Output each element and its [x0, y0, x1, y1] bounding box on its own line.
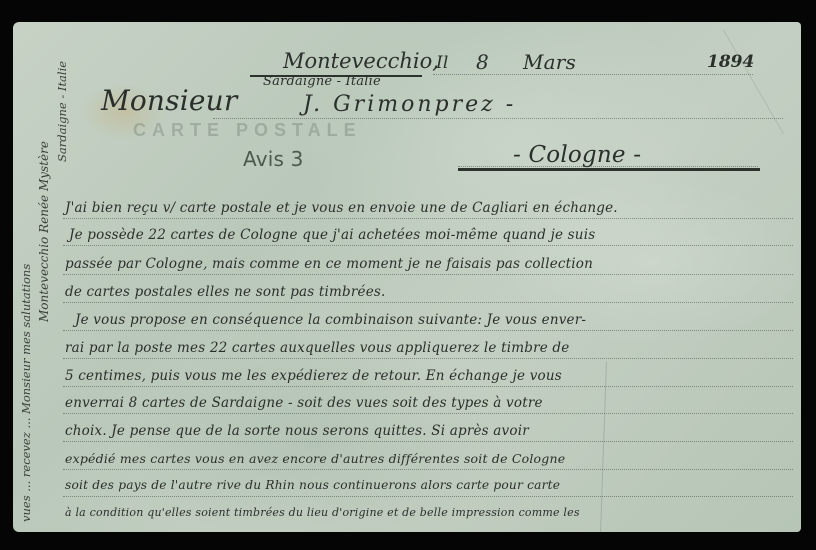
- body-text-line: Je vous propose en conséquence la combin…: [75, 312, 586, 328]
- address-line-2: [458, 166, 758, 167]
- body-line: [63, 386, 793, 387]
- body-line: [63, 302, 793, 303]
- date-month: Mars: [523, 50, 576, 74]
- body-line: [63, 218, 793, 219]
- body-line: [63, 496, 793, 497]
- address-line-1: [213, 118, 783, 119]
- region-text: Sardaigne - Italie: [263, 74, 381, 89]
- salutation: Monsieur: [101, 84, 237, 117]
- body-line: [63, 441, 793, 442]
- place-printed: Montevecchio,: [283, 49, 439, 73]
- recipient-name: J. Grimonprez -: [303, 92, 516, 117]
- address-rule: [458, 168, 760, 171]
- body-text-line: rai par la poste mes 22 cartes auxquelle…: [65, 340, 569, 356]
- faint-printed-watermark: CARTE POSTALE: [133, 120, 362, 141]
- body-line: [63, 274, 793, 275]
- date-day: 8: [476, 50, 489, 74]
- body-text-line: J'ai bien reçu v/ carte postale et je vo…: [65, 200, 618, 216]
- postcard: CARTE POSTALE Montevecchio, Il 8 Mars 18…: [13, 22, 801, 532]
- fold-crease: [600, 362, 607, 532]
- margin-text-column: vues ... recevez ... Monsieur mes saluta…: [19, 264, 33, 522]
- date-year: 1894: [707, 52, 754, 72]
- margin-text-column: Sardaigne - Italie: [55, 61, 69, 162]
- body-line: [63, 358, 793, 359]
- date-line: [433, 74, 753, 75]
- body-text-line: 5 centimes, puis vous me les expédierez …: [65, 368, 562, 384]
- body-text-line: choix. Je pense que de la sorte nous ser…: [65, 423, 529, 439]
- body-line: [63, 245, 793, 246]
- body-text-line: Je possède 22 cartes de Cologne que j'ai…: [69, 227, 595, 243]
- body-text-line: expédié mes cartes vous en avez encore d…: [65, 451, 565, 466]
- body-text-line: de cartes postales elles ne sont pas tim…: [65, 284, 386, 300]
- city: - Cologne -: [513, 142, 641, 168]
- body-text-line: soit des pays de l'autre rive du Rhin no…: [65, 478, 560, 492]
- body-line: [63, 413, 793, 414]
- margin-text-column: Montevecchio Renée Mystère: [37, 141, 51, 322]
- body-line: [63, 330, 793, 331]
- body-line: [63, 469, 793, 470]
- day-prefix: Il: [436, 53, 449, 73]
- pencil-note: Avis 3: [243, 147, 304, 171]
- body-text-line: à la condition qu'elles soient timbrées …: [65, 506, 580, 519]
- body-text-line: enverrai 8 cartes de Sardaigne - soit de…: [65, 395, 543, 411]
- body-text-line: passée par Cologne, mais comme en ce mom…: [65, 256, 593, 272]
